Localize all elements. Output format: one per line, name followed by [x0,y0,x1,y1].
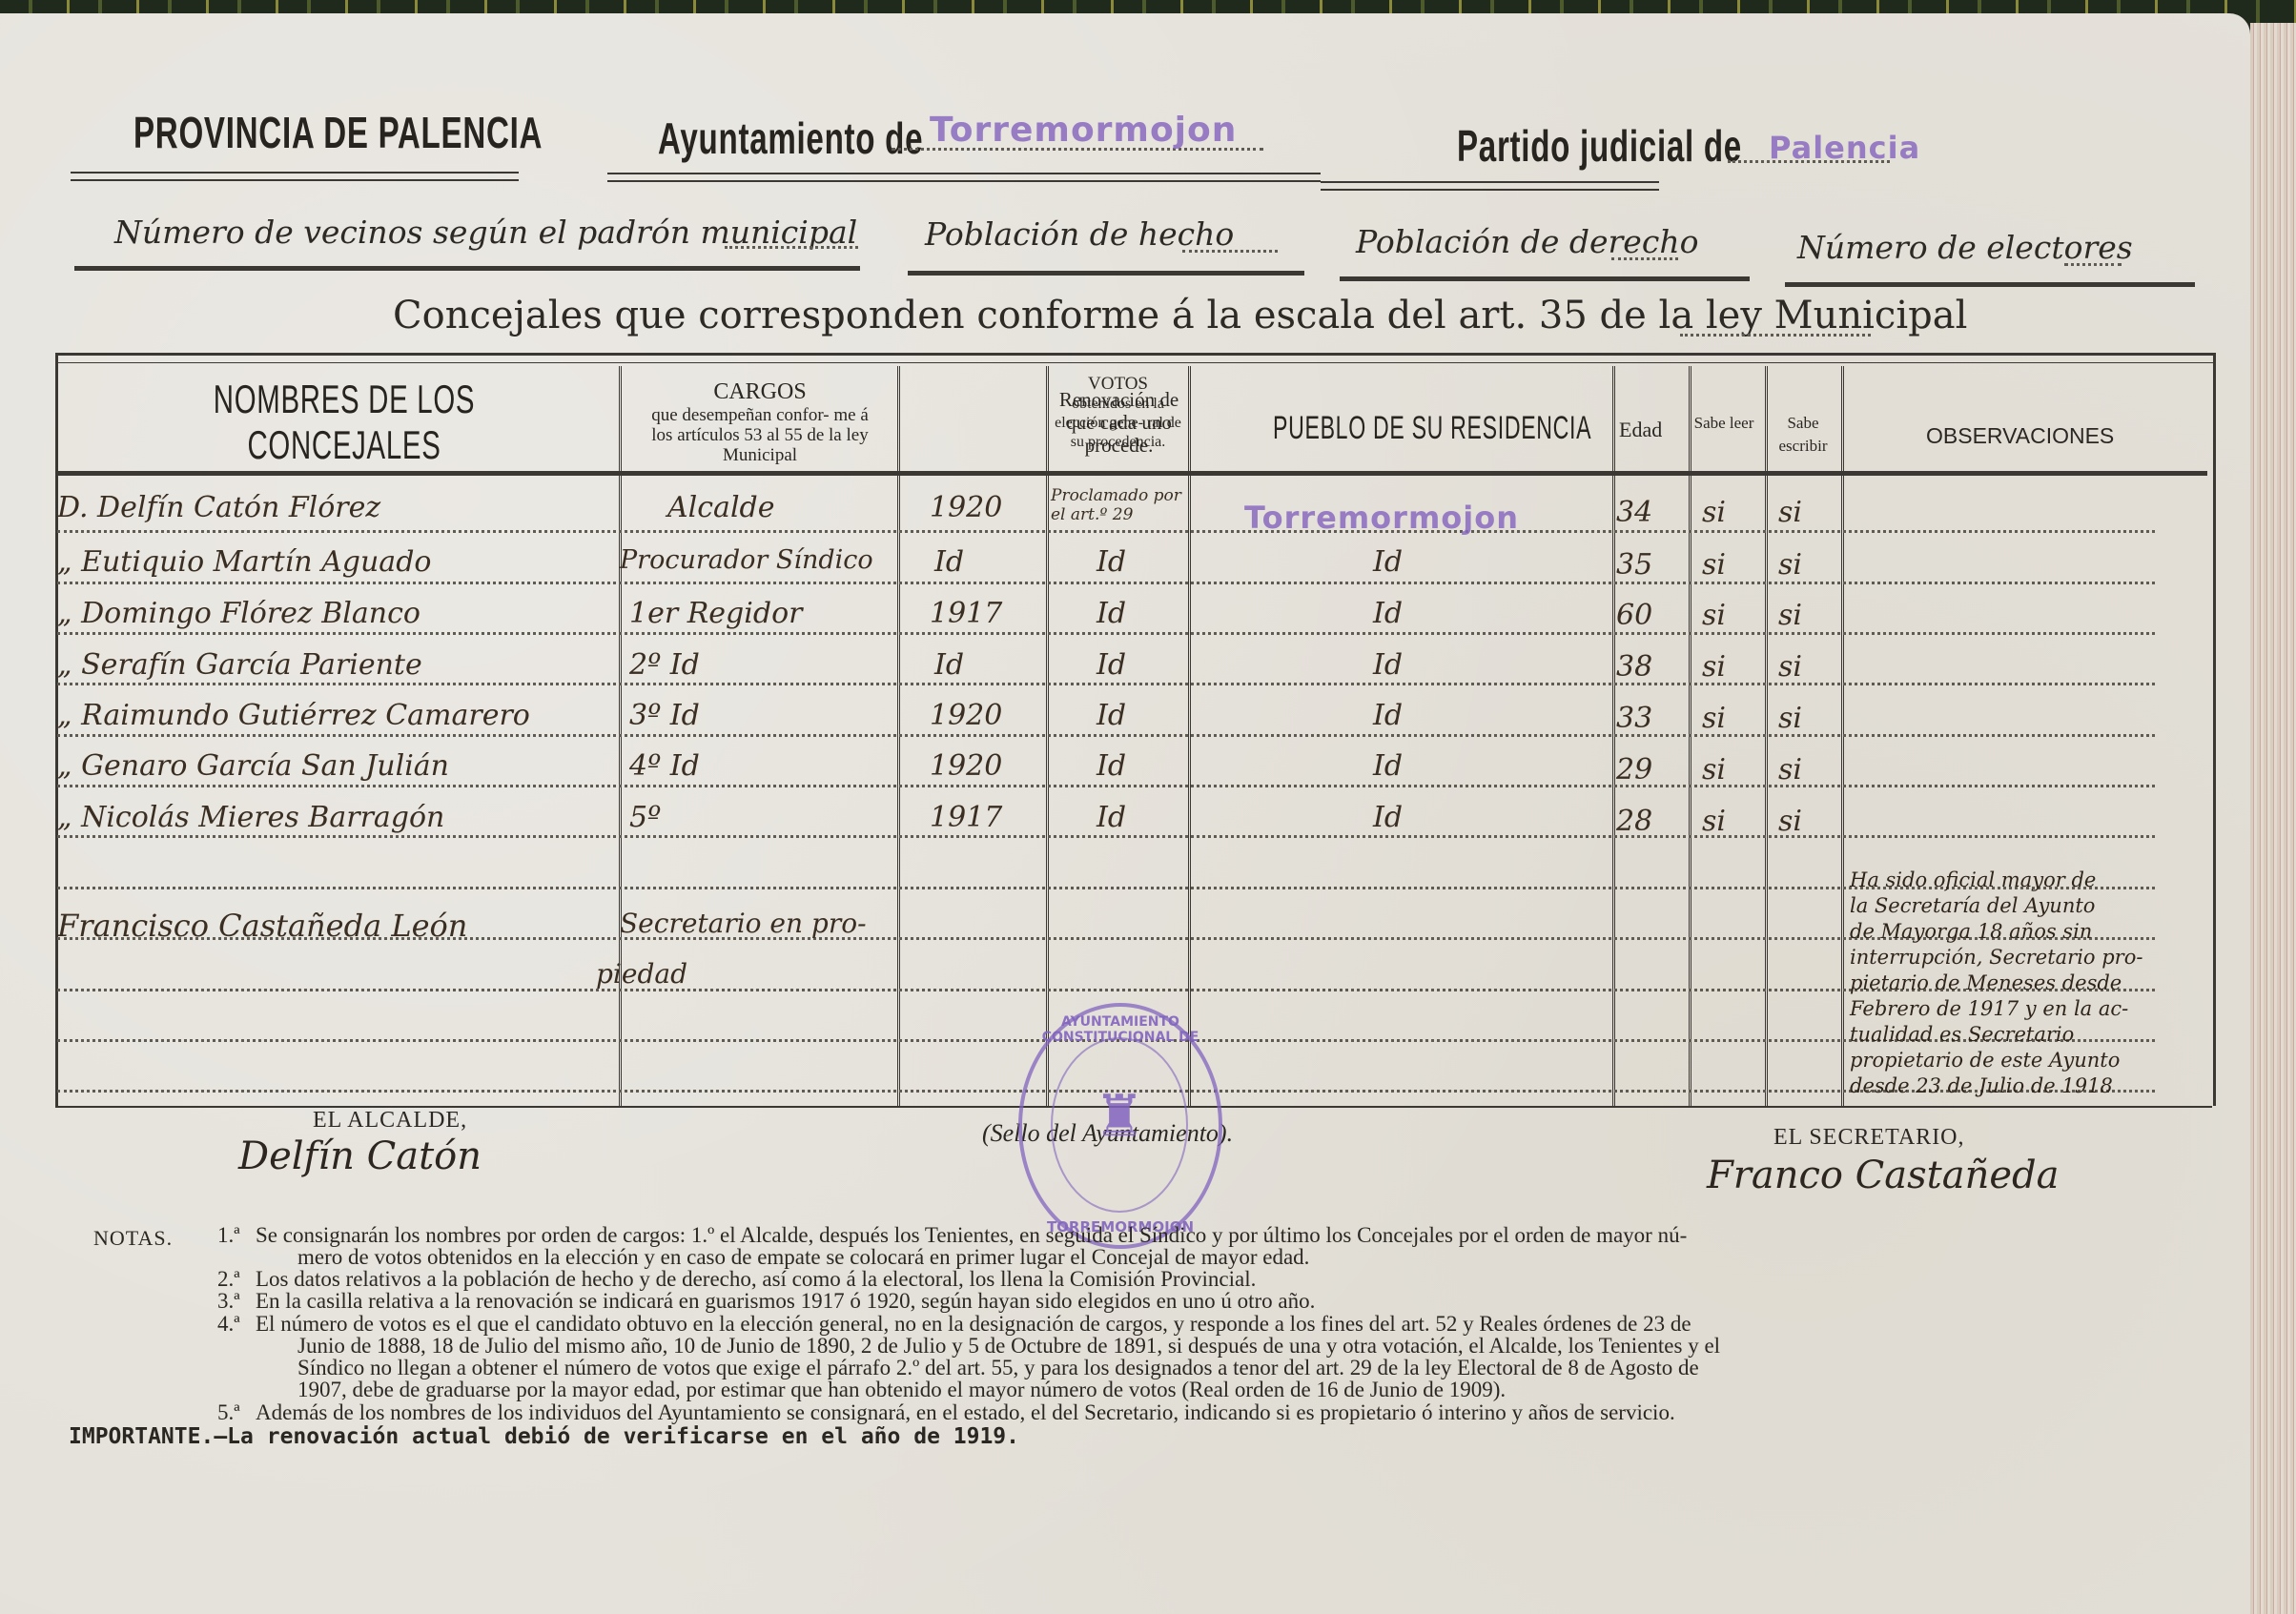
observation-line: interrupción, Secretario pro- [1850,945,2142,970]
observation-line: propietario de este Ayunto [1850,1048,2142,1073]
poblacion-derecho-input-line[interactable] [1611,257,1678,260]
header-nombres: NOMBRES DE LOS CONCEJALES [77,372,611,472]
row-5-nombre: „ Raimundo Gutiérrez Camarero [57,699,530,732]
row-3-edad: 60 [1616,599,1652,632]
header-sabe-escribir: Sabe escribir [1770,412,1836,458]
header-votos-cell: VOTOS obtenidos en la elección gene- ral… [1049,374,1187,452]
observation-line: desde 23 de Julio de 1918 [1850,1073,2142,1099]
observation-line: tualidad es Secretario [1850,1022,2142,1048]
row-line [57,835,2155,838]
row-1-nombre: D. Delfín Catón Flórez [57,491,380,524]
header-observaciones: OBSERVACIONES [1926,423,2114,449]
row-1-renovacion: 1920 [930,491,1002,524]
row-2-edad: 35 [1616,548,1652,582]
row-7-nombre: „ Nicolás Mieres Barragón [57,801,444,834]
header-pueblo: PUEBLO DE SU RESIDENCIA [1273,410,1591,447]
row-4-renovacion: Id [934,648,964,682]
secretary-cargo-line1: Secretario en pro- [620,908,867,939]
row-1-votos: Proclamado por el art.º 29 [1051,486,1184,524]
subtitle-fill-line[interactable] [1680,334,1871,337]
note-3-line: En la casilla relativa a la renovación s… [256,1290,1315,1312]
row-2-cargo: Procurador Síndico [620,545,873,575]
header-sabe-leer: Sabe leer [1693,412,1754,435]
partido-label: Partido judicial de [1457,120,1742,172]
row-line [57,887,2155,889]
row-7-edad: 28 [1616,805,1652,838]
header-cargos-sub: que desempeñan confor- me á los artículo… [641,405,879,465]
row-3-votos: Id [1097,597,1126,630]
row-2-renovacion: Id [934,545,964,579]
row-3-escribir: si [1778,599,1802,632]
row-6-pueblo: Id [1373,749,1403,783]
partido-underline [1321,181,1659,191]
row-4-leer: si [1702,650,1726,684]
poblacion-derecho-label: Población de derecho [1356,223,1698,260]
vecinos-underline [74,266,860,271]
observation-line: Ha sido oficial mayor de [1850,868,2142,893]
ayuntamiento-stamp: Torremormojon [930,111,1237,150]
page-edge-stack [2250,23,2296,1614]
row-6-nombre: „ Genaro García San Julián [57,749,449,783]
row-6-leer: si [1702,753,1726,787]
row-1-pueblo-stamp: Torremormojon [1244,500,1519,536]
row-3-leer: si [1702,599,1726,632]
alcalde-label: EL ALCALDE, [313,1108,467,1134]
row-2-votos: Id [1097,545,1126,579]
row-2-leer: si [1702,548,1726,582]
row-4-escribir: si [1778,650,1802,684]
partido-stamp: Palencia [1769,130,1920,166]
observation-line: Febrero de 1917 y en la ac- [1850,996,2142,1022]
observation-line: la Secretaría del Ayunto [1850,893,2142,919]
council-subtitle: Concejales que corresponden conforme á l… [393,294,1967,337]
note-4-line: El número de votos es el que el candidat… [256,1313,1691,1335]
row-line [57,734,2155,737]
row-2-nombre: „ Eutiquio Martín Aguado [57,545,431,579]
row-6-escribir: si [1778,753,1802,787]
row-6-votos: Id [1097,749,1126,783]
note-4-line: Síndico no llegan a obtener el número de… [297,1357,1699,1379]
row-7-votos: Id [1097,801,1126,834]
poblacion-hecho-underline [908,271,1304,276]
row-3-nombre: „ Domingo Flórez Blanco [57,597,420,630]
row-6-renovacion: 1920 [930,749,1002,783]
important-notice: IMPORTANTE.–La renovación actual debió d… [69,1424,1019,1449]
note-5-num: 5.ª [217,1401,240,1423]
table-top-rule [58,353,2213,363]
row-line [57,683,2155,685]
important-label: IMPORTANTE. [69,1424,214,1449]
row-6-edad: 29 [1616,753,1652,787]
row-5-escribir: si [1778,702,1802,735]
row-1-escribir: si [1778,496,1802,529]
row-1-edad: 34 [1616,496,1652,529]
seal-text-top: AYUNTAMIENTO CONSTITUCIONAL DE [1022,1014,1219,1045]
note-4-line: Junio de 1888, 18 de Julio del mismo año… [297,1335,1720,1357]
province-underline [71,172,519,181]
important-text: –La renovación actual debió de verificar… [214,1424,1019,1449]
electores-label: Número de electores [1797,229,2133,266]
observation-note: Ha sido oficial mayor de la Secretaría d… [1850,868,2142,1099]
row-4-cargo: 2º Id [629,648,700,682]
notes-label: NOTAS. [93,1227,173,1249]
note-1-num: 1.ª [217,1224,240,1246]
header-nombres-text: NOMBRES DE LOS CONCEJALES [157,377,531,468]
row-1-leer: si [1702,496,1726,529]
row-line [57,785,2155,787]
poblacion-derecho-underline [1340,276,1750,281]
header-cargos: CARGOS que desempeñan confor- me á los a… [623,372,897,472]
row-4-pueblo: Id [1373,648,1403,682]
row-6-cargo: 4º Id [629,749,700,783]
note-4-num: 4.ª [217,1313,240,1335]
alcalde-signature: Delfín Catón [238,1134,482,1178]
note-1-line: mero de votos obtenidos en la elección y… [297,1246,1309,1268]
secretary-nombre: Francisco Castañeda León [57,908,467,944]
ayuntamiento-underline [607,173,1321,182]
poblacion-hecho-input-line[interactable] [1182,250,1278,253]
header-bottom-rule [57,471,2207,476]
row-7-leer: si [1702,805,1726,838]
secretary-cargo-line2: piedad [596,958,687,990]
note-2-num: 2.ª [217,1268,240,1290]
row-line [57,530,2155,533]
row-4-votos: Id [1097,648,1126,682]
header-votos-sub: obtenidos en la elección gene- ral de su… [1049,395,1187,452]
poblacion-hecho-label: Población de hecho [925,215,1234,253]
row-3-pueblo: Id [1373,597,1403,630]
note-2-line: Los datos relativos a la población de he… [256,1268,1256,1290]
row-7-escribir: si [1778,805,1802,838]
secretario-signature: Franco Castañeda [1707,1154,2059,1197]
header-cargos-title: CARGOS [713,379,806,405]
row-5-leer: si [1702,702,1726,735]
province-title: PROVINCIA DE PALENCIA [133,107,543,158]
note-5-line: Además de los nombres de los individuos … [256,1401,1675,1423]
observation-line: pietario de Meneses desde [1850,970,2142,996]
row-2-pueblo: Id [1373,545,1403,579]
row-3-renovacion: 1917 [930,597,1002,630]
castle-emblem-icon: ♜ [1094,1083,1145,1150]
row-5-renovacion: 1920 [930,699,1002,732]
ayuntamiento-label: Ayuntamiento de [658,112,923,164]
note-3-num: 3.ª [217,1290,240,1312]
town-hall-seal: AYUNTAMIENTO CONSTITUCIONAL DE ♜ TORREMO… [1018,1003,1222,1249]
row-line [57,582,2155,584]
row-line [57,989,2155,991]
row-5-votos: Id [1097,699,1126,732]
row-5-edad: 33 [1616,702,1652,735]
row-3-cargo: 1er Regidor [629,597,802,630]
row-4-nombre: „ Serafín García Pariente [57,648,422,682]
note-4-line: 1907, debe de graduarse por la mayor eda… [297,1379,1506,1400]
observation-line: de Mayorga 18 años sin [1850,919,2142,945]
header-votos-title: VOTOS [1049,374,1187,395]
row-5-cargo: 3º Id [629,699,700,732]
note-1-line: Se consignarán los nombres por orden de … [256,1224,1687,1246]
row-1-cargo: Alcalde [667,491,775,524]
row-7-cargo: 5º [629,801,661,834]
row-line [57,632,2155,635]
row-5-pueblo: Id [1373,699,1403,732]
electores-underline [1785,282,2195,287]
row-7-pueblo: Id [1373,801,1403,834]
secretario-label: EL SECRETARIO, [1773,1125,1965,1151]
row-7-renovacion: 1917 [930,801,1002,834]
row-4-edad: 38 [1616,650,1652,684]
header-edad: Edad [1619,418,1662,442]
electores-input-line[interactable] [2064,263,2122,266]
row-2-escribir: si [1778,548,1802,582]
vecinos-input-line[interactable] [725,246,858,249]
